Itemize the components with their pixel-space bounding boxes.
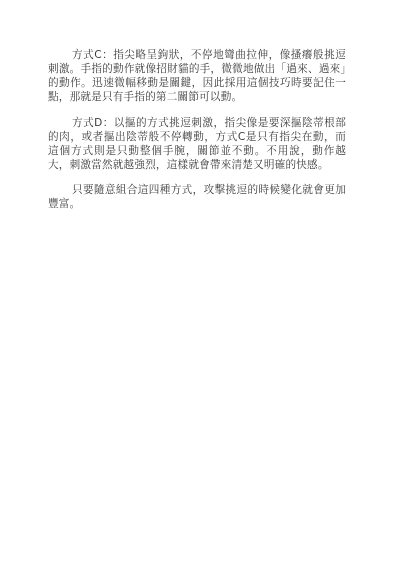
paragraph-method-c: 方式C：指尖略呈鉤狀，不停地彎曲拉伸，像搔癢般挑逗刺激。手指的動作就像招財貓的手… [48,48,346,104]
paragraph-method-d: 方式D：以摳的方式挑逗刺激，指尖像是要深摳陰蒂根部的肉，或者摳出陰蒂般不停轉動，… [48,116,346,172]
document-page: 方式C：指尖略呈鉤狀，不停地彎曲拉伸，像搔癢般挑逗刺激。手指的動作就像招財貓的手… [0,0,400,566]
paragraph-summary: 只要隨意組合這四種方式，攻擊挑逗的時候變化就會更加豐富。 [48,183,346,211]
document-body: 方式C：指尖略呈鉤狀，不停地彎曲拉伸，像搔癢般挑逗刺激。手指的動作就像招財貓的手… [48,48,346,223]
